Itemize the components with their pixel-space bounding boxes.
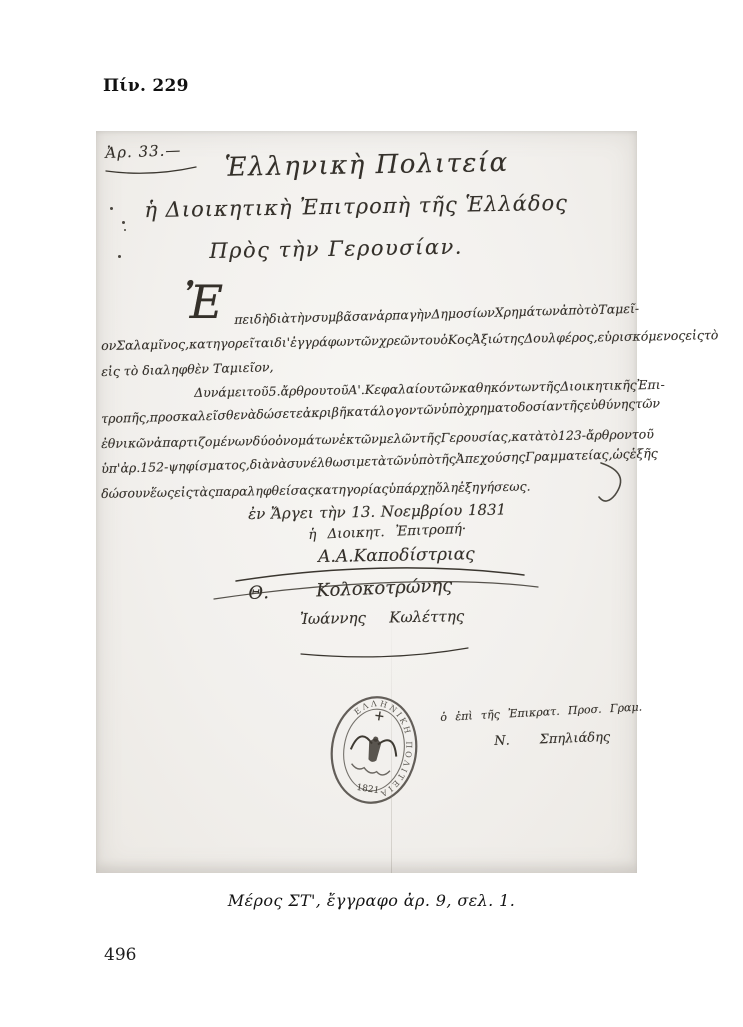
plate-label: Πίν. 229 xyxy=(103,76,189,96)
seal-year: 1821 xyxy=(356,783,380,796)
page-number: 496 xyxy=(104,945,136,965)
state-seal: ΕΛΛΗΝΙΚΗ ΠΟΛΙΤΕΙΑ 1821 xyxy=(326,691,422,809)
manuscript-photo: Ἀρ. 33.— Ἑλληνικὴ Πολιτεία ἡ Διοικητικὴ … xyxy=(96,131,637,873)
plate-caption: Μέρος ΣΤ', ἔγγραφο ἀρ. 9, σελ. 1. xyxy=(0,891,743,910)
phoenix-and-cross-icon xyxy=(348,708,403,777)
